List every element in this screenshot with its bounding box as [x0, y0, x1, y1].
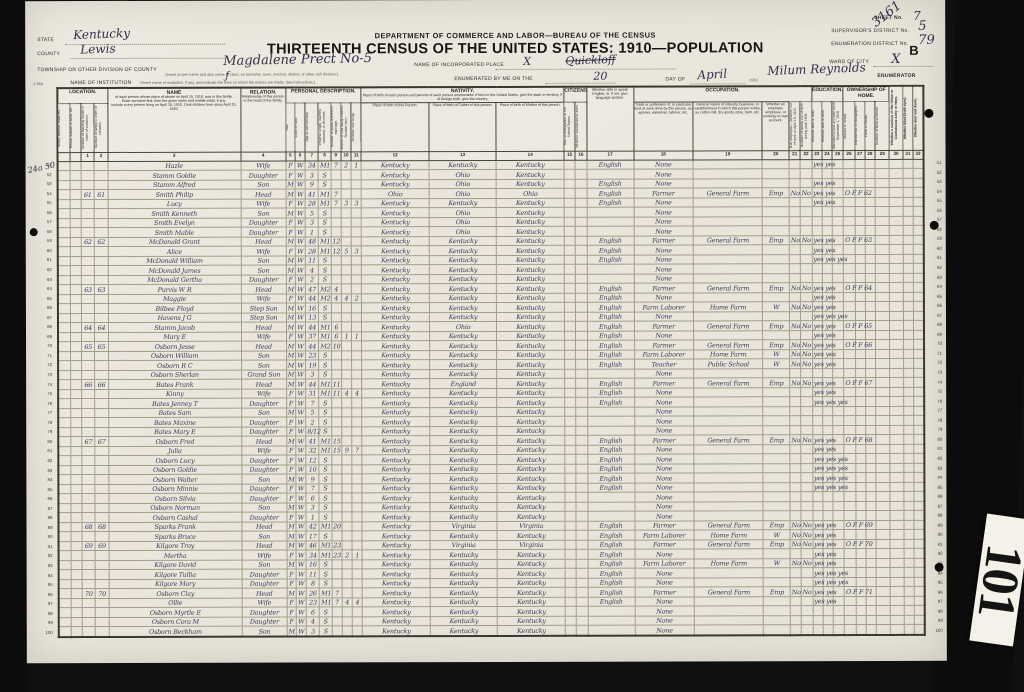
line-number: 100 [929, 626, 943, 636]
cell: Mary E [108, 332, 241, 342]
cell [801, 217, 812, 227]
cell: No No [790, 321, 801, 331]
cell: M1 [319, 389, 331, 399]
cell: 5 [341, 246, 351, 256]
cell [865, 159, 875, 169]
cell [904, 530, 914, 540]
cell [58, 475, 70, 485]
enumerator-label: ENUMERATOR [877, 73, 915, 79]
cell [832, 169, 843, 179]
cell: M [286, 322, 295, 332]
cell [904, 539, 914, 549]
cell [59, 627, 71, 637]
cell: W [296, 446, 306, 456]
cell [790, 416, 801, 426]
cell [565, 569, 576, 579]
cell: Osborn Silvia [109, 494, 242, 504]
cell [903, 216, 913, 226]
cell [331, 398, 341, 408]
column-name-header: NAME of each person whose place of abode… [107, 88, 240, 153]
cell: Home Farm [693, 302, 763, 312]
cell: Son [241, 351, 286, 361]
cell: W [295, 180, 305, 190]
cell [565, 474, 576, 484]
cell: General Farm [694, 587, 764, 597]
cell [763, 264, 790, 274]
cell [59, 532, 71, 542]
cell: Head [242, 588, 287, 598]
cell [576, 322, 587, 332]
line-number: 61 [928, 253, 942, 263]
line-number: 69 [38, 332, 52, 342]
cell [914, 425, 925, 435]
cell [565, 502, 576, 512]
cell [70, 361, 81, 371]
cell: No No [790, 435, 801, 445]
cell: McDonald Grant [108, 237, 241, 247]
cell: 4 [352, 389, 362, 399]
cell [890, 416, 903, 426]
cell [82, 503, 95, 513]
cell [576, 341, 587, 351]
cell [576, 616, 587, 626]
cell [790, 312, 801, 322]
cell: None [634, 464, 693, 474]
cell: Mertha [109, 551, 242, 561]
cell [855, 169, 865, 179]
sub-header-cell: Whether single, married, widowed, or div… [318, 103, 330, 152]
cell: Kentucky [362, 427, 430, 437]
cell [913, 283, 924, 293]
cell [71, 608, 82, 618]
cell [342, 607, 352, 617]
cell: M1 [319, 541, 331, 551]
column-number: 10 [341, 152, 351, 161]
cell: Kentucky [362, 569, 430, 579]
cell: Kentucky [362, 218, 430, 228]
cell [58, 313, 70, 323]
column-number: 2 [94, 152, 107, 161]
cell: Ohio [429, 322, 497, 332]
cell [890, 292, 903, 302]
cell [903, 207, 913, 217]
township-value: Magdalene Prect No-5 [223, 51, 372, 69]
cell [914, 406, 925, 416]
cell: 7 [332, 588, 342, 598]
cell [790, 445, 801, 455]
cell [81, 218, 94, 228]
cell [813, 606, 823, 616]
cell [95, 494, 108, 504]
line-number: 71 [38, 351, 52, 361]
line-number: 62 [38, 265, 52, 275]
cell [913, 292, 924, 302]
line-number: 54 [38, 189, 52, 199]
cell [341, 265, 351, 275]
cell [865, 368, 875, 378]
cell: Osborn Norman [109, 503, 242, 513]
cell: None [634, 312, 693, 322]
cell: None [634, 226, 693, 236]
cell [71, 494, 82, 504]
cell [352, 531, 362, 541]
incorporated-mark: X [523, 55, 531, 68]
cell [903, 254, 913, 264]
cell [95, 418, 108, 428]
cell: Hazle [108, 161, 241, 171]
cell [876, 378, 890, 388]
cell: yes yes [813, 530, 823, 540]
cell [914, 539, 925, 549]
cell [576, 483, 587, 493]
cell [904, 568, 914, 578]
cell: yes yes [812, 188, 822, 198]
cell: Kentucky [497, 379, 565, 389]
cell: Emp [763, 378, 790, 388]
cell [96, 627, 109, 637]
cell [58, 285, 70, 295]
cell: None [634, 445, 693, 455]
cell [866, 473, 876, 483]
sub-header-cell: Whether an employer, employee, or workin… [762, 102, 789, 151]
cell [564, 189, 575, 199]
cell: Virginia [497, 521, 565, 531]
line-number: 73 [928, 368, 942, 378]
cell: W [295, 265, 305, 275]
cell [58, 427, 70, 437]
cell: W [295, 256, 305, 266]
cell [865, 302, 875, 312]
cell [866, 454, 876, 464]
cell [95, 532, 108, 542]
cell: 65 [82, 342, 95, 352]
line-number: 85 [928, 482, 942, 492]
sub-header-cell: Place of birth of this Person. [361, 103, 429, 152]
cell: F [287, 550, 296, 560]
cell: Wife [241, 294, 286, 304]
cell [694, 416, 764, 426]
line-number: 78 [38, 418, 52, 428]
cell [823, 615, 833, 625]
line-number: 89 [39, 523, 53, 533]
cell [904, 587, 914, 597]
cell: S [320, 626, 332, 636]
cell [58, 342, 70, 352]
cell [70, 266, 81, 276]
line-number: 60 [38, 246, 52, 256]
cell: W [295, 351, 305, 361]
cell [71, 446, 82, 456]
cell [58, 408, 70, 418]
cell [352, 626, 362, 636]
cell [331, 360, 341, 370]
cell [564, 227, 575, 237]
cell [576, 265, 587, 275]
cell [913, 349, 924, 359]
cell: General Farm [693, 283, 763, 293]
cell: O F F 71 [844, 587, 855, 597]
cell [71, 532, 82, 542]
line-number: 61 [38, 256, 52, 266]
cell [844, 444, 855, 454]
cell [694, 426, 764, 436]
cell: Kentucky [362, 474, 430, 484]
cell: English [588, 531, 635, 541]
cell [352, 436, 362, 446]
cell [844, 387, 855, 397]
cell: Farmer [635, 587, 694, 597]
cell [70, 199, 81, 209]
cell [890, 492, 903, 502]
cell [843, 169, 854, 179]
cell [790, 407, 801, 417]
column-relation-header: RELATION. Relationship of this person to… [241, 88, 286, 153]
cell [913, 197, 924, 207]
cell [576, 531, 587, 541]
line-number: 66 [928, 301, 942, 311]
cell [352, 341, 362, 351]
cell: F [287, 493, 296, 503]
cell [341, 360, 351, 370]
cell [587, 417, 634, 427]
cell [914, 482, 925, 492]
cell [913, 216, 924, 226]
cell: 6 [331, 322, 341, 332]
cell: English [587, 521, 634, 531]
cell: 64 [81, 323, 94, 333]
cell: Emp [764, 587, 791, 597]
cell [875, 264, 889, 274]
cell [94, 199, 107, 209]
cell [564, 198, 575, 208]
cell: Ohio [429, 179, 497, 189]
cell [845, 625, 856, 635]
institution-value: ƒ [225, 71, 229, 82]
cell: W [295, 313, 305, 323]
sub-header-cell: Number now living. [351, 103, 361, 152]
cell [903, 349, 913, 359]
cell: Osborn Walter [109, 475, 242, 485]
cell [903, 178, 913, 188]
cell: yes yes yes [812, 454, 822, 464]
cell: 2 [351, 294, 361, 304]
cell [801, 255, 812, 265]
cell [565, 588, 576, 598]
hole-punch [930, 221, 939, 230]
cell: 62 [81, 237, 94, 247]
cell [351, 284, 361, 294]
cell [876, 568, 890, 578]
cell: Kentucky [497, 388, 565, 398]
cell [565, 407, 576, 417]
line-number: 72 [38, 361, 52, 371]
department-line: DEPARTMENT OF COMMERCE AND LABOR—BUREAU … [255, 30, 775, 40]
cell: S [319, 275, 331, 285]
cell: Wife [242, 550, 287, 560]
cell: yes yes yes [813, 483, 823, 493]
cell: Sparks Bruce [109, 532, 242, 542]
cell [341, 322, 351, 332]
cell [889, 169, 902, 179]
cell: No No [790, 521, 801, 531]
cell: W [296, 598, 306, 608]
cell [876, 454, 890, 464]
cell: Kentucky [429, 341, 497, 351]
cell [576, 379, 587, 389]
cell [565, 483, 576, 493]
cell: Kentucky [498, 597, 566, 607]
cell: W [763, 359, 790, 369]
cell [865, 292, 875, 302]
cell [833, 606, 844, 616]
line-number: 56 [928, 206, 942, 216]
line-number: 84 [928, 473, 942, 483]
cell [822, 216, 832, 226]
cell [576, 407, 587, 417]
cell [855, 330, 865, 340]
cell: S [319, 256, 331, 266]
line-number: 85 [38, 485, 52, 495]
cell: 48 [305, 237, 318, 247]
cell [81, 313, 94, 323]
hole-punch [935, 563, 944, 572]
cell [890, 558, 903, 568]
line-number: 83 [38, 466, 52, 476]
cell: English [587, 293, 634, 303]
cell: Kentucky [497, 179, 565, 189]
cell [844, 416, 855, 426]
cell [903, 444, 913, 454]
cell [71, 579, 82, 589]
cell [565, 531, 576, 541]
cell: M [287, 503, 296, 513]
cell [903, 330, 913, 340]
cell [832, 216, 843, 226]
cell [342, 503, 352, 513]
sub-header-cell: Age at last birthday. [305, 103, 318, 152]
cell [58, 218, 70, 228]
cell [763, 416, 790, 426]
cell: Emp [763, 340, 790, 350]
cell: F [287, 607, 296, 617]
cell [790, 502, 801, 512]
cell: None [634, 331, 693, 341]
cell: Kentucky [363, 588, 431, 598]
cell [763, 217, 790, 227]
cell [576, 521, 587, 531]
cell: 16 [306, 560, 319, 570]
cell: W [296, 607, 306, 617]
cell: None [634, 388, 693, 398]
hole-punch [924, 109, 933, 118]
cell [832, 273, 843, 283]
cell: W [295, 294, 305, 304]
cell: 3 [305, 170, 318, 180]
cell: General Farm [693, 321, 763, 331]
cell [331, 427, 341, 437]
cell [914, 606, 925, 616]
cell: W [296, 626, 306, 636]
cell: 4 [331, 284, 341, 294]
cell: Kentucky [497, 445, 565, 455]
line-number: 63 [38, 275, 52, 285]
cell: Osborn William [108, 351, 241, 361]
cell [58, 180, 70, 190]
cell [865, 349, 875, 359]
cell: Ohio [429, 227, 497, 237]
cell [82, 446, 95, 456]
cell: Kentucky [497, 398, 565, 408]
cell: Kentucky [497, 426, 565, 436]
column-number: 16 [575, 151, 586, 160]
cell [865, 207, 875, 217]
cell [789, 226, 800, 236]
cell: Kentucky [429, 255, 497, 265]
cell: Head [241, 237, 286, 247]
cell [342, 493, 352, 503]
cell: Wife [241, 332, 286, 342]
cell: yes yes [812, 302, 822, 312]
cell: Son [242, 560, 287, 570]
line-number: 77 [928, 406, 942, 416]
cell [801, 226, 812, 236]
cell: None [634, 473, 693, 483]
cell [904, 482, 914, 492]
cell: Kentucky [497, 227, 565, 237]
cell: 6 [306, 607, 319, 617]
cell: Kentucky [362, 341, 430, 351]
cell: English [588, 550, 635, 560]
sheet-value: 7 [913, 9, 921, 23]
cell [332, 579, 342, 589]
cell: None [634, 293, 693, 303]
cell: 28 [305, 246, 318, 256]
cell [58, 494, 70, 504]
cell [82, 465, 95, 475]
cell [352, 322, 362, 332]
cell [576, 331, 587, 341]
cell [95, 389, 108, 399]
cell: 61 [94, 190, 107, 200]
cell: yes yes [812, 293, 822, 303]
cell: W [295, 360, 305, 370]
cell [342, 379, 352, 389]
cell [844, 368, 855, 378]
cell [904, 520, 914, 530]
cell [342, 436, 352, 446]
cell: 7 [331, 189, 341, 199]
cell [856, 511, 866, 521]
cell [855, 245, 865, 255]
cell [564, 303, 575, 313]
cell: English [588, 569, 635, 579]
line-number: 81 [38, 447, 52, 457]
cell: Kentucky [430, 569, 498, 579]
line-number: 88 [38, 513, 52, 523]
cell [694, 464, 764, 474]
cell [587, 493, 634, 503]
cell [95, 218, 108, 228]
cell [891, 587, 904, 597]
cell [342, 541, 352, 551]
cell [95, 247, 108, 257]
cell: Teacher [634, 359, 693, 369]
cell [790, 454, 801, 464]
cell: F [286, 427, 295, 437]
cell [82, 617, 95, 627]
cell: S [319, 227, 331, 237]
cell: Ohio [497, 189, 565, 199]
